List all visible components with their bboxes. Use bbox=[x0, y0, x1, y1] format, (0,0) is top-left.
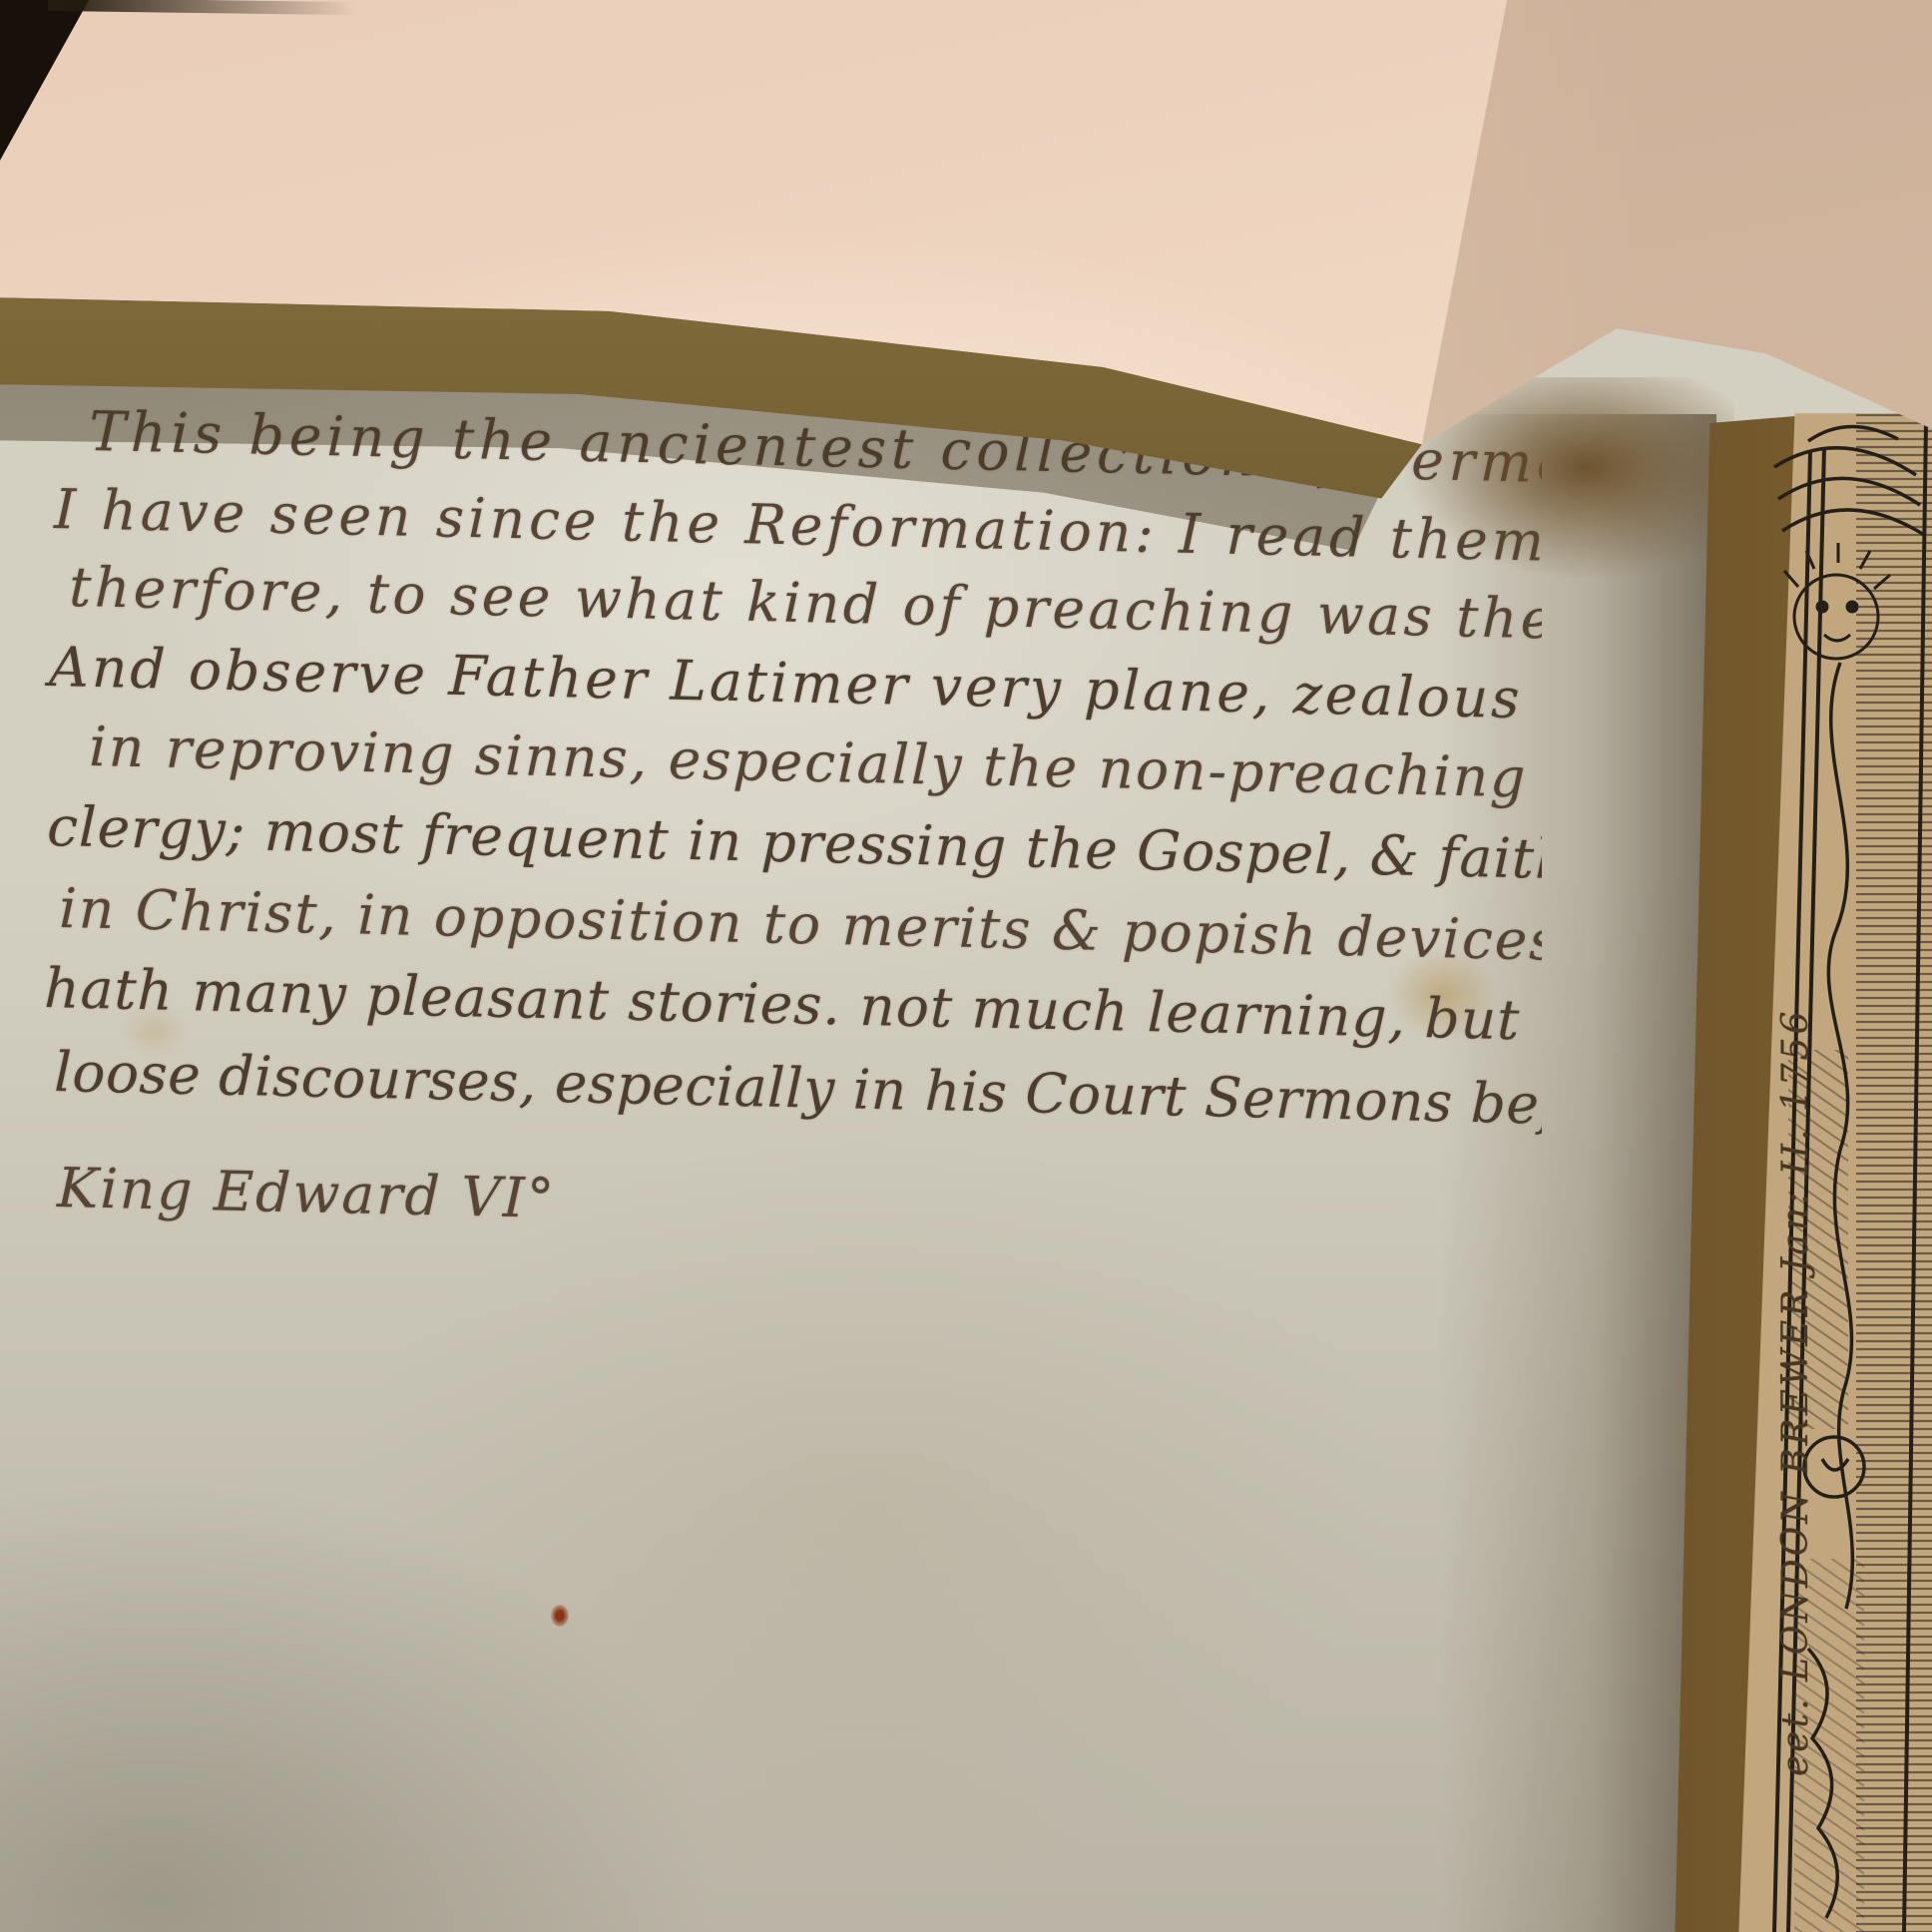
manuscript-line: King Edward VI° bbox=[57, 1156, 557, 1230]
book-photograph: This being the ancientest collection of … bbox=[0, 0, 1932, 1932]
manuscript-line: hath many pleasant stories. not much lea… bbox=[44, 956, 1521, 1052]
red-spot-stain bbox=[551, 1605, 569, 1627]
manuscript-line: therfore, to see what kind of preaching … bbox=[69, 555, 1542, 652]
manuscript-line: And observe Father Latimer very plane, z… bbox=[49, 635, 1524, 730]
manuscript-line: in Christ, in opposition to merits & pop… bbox=[59, 876, 1542, 973]
page-curl-shadow bbox=[1437, 414, 1716, 1932]
manuscript-line: loose discourses, especially in his Cour… bbox=[54, 1040, 1542, 1139]
manuscript-line: clergy; most frequent in pressing the Go… bbox=[47, 794, 1542, 891]
manuscript-line: in reproving sinns, especially the non-p… bbox=[89, 715, 1528, 809]
engraving-hatching bbox=[1856, 411, 1932, 1932]
rotated-ownership-inscription: eet. LONDON BREWER Jan: II. 1756 bbox=[1775, 519, 1831, 1776]
